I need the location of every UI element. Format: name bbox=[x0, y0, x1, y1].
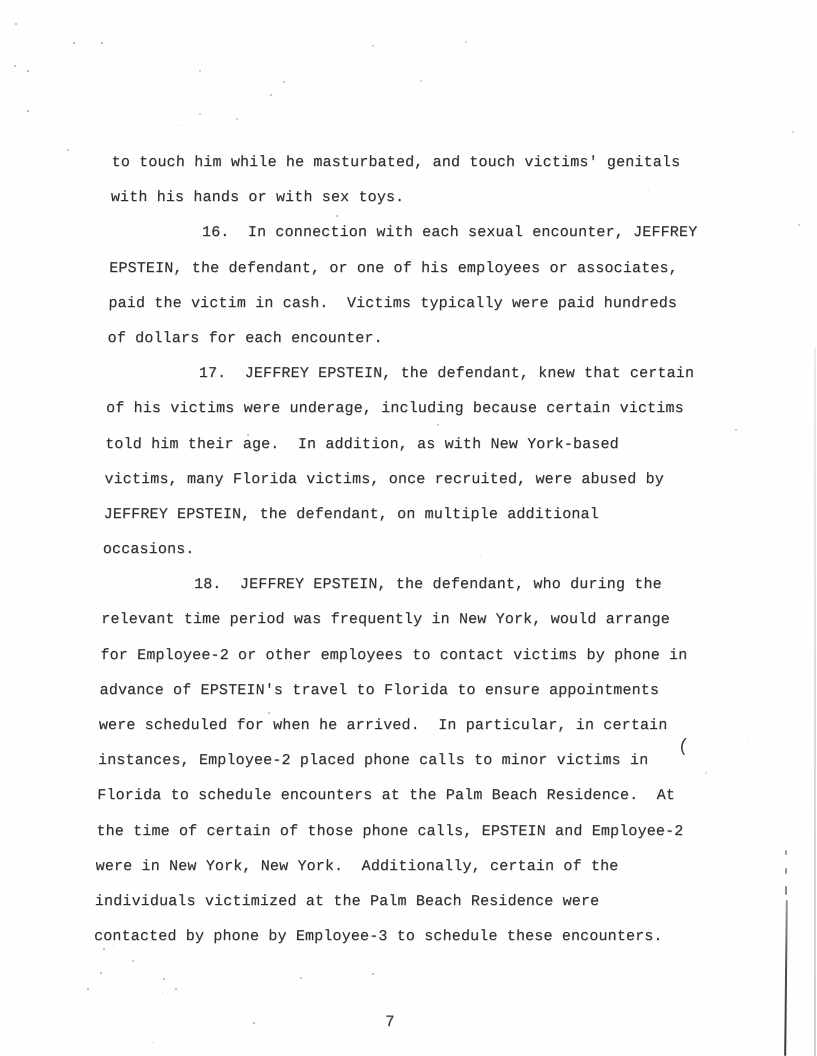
text-line: of his victims were underage, including … bbox=[106, 391, 747, 426]
noise-speck bbox=[372, 973, 374, 975]
noise-speck bbox=[113, 945, 114, 946]
scan-artifact-margin-line bbox=[784, 900, 788, 1056]
text-line: occasions. bbox=[102, 532, 743, 567]
scan-artifact-page-edge-line bbox=[814, 348, 816, 1056]
text-line: victims, many Florida victims, once recr… bbox=[104, 462, 745, 497]
text-line: 18. JEFFREY EPSTEIN, the defendant, who … bbox=[102, 567, 743, 602]
noise-speck bbox=[87, 988, 89, 990]
noise-speck bbox=[564, 227, 566, 229]
text-line: told him their age. In addition, as with… bbox=[105, 427, 746, 462]
noise-speck bbox=[100, 972, 102, 974]
noise-speck bbox=[648, 190, 649, 191]
page-number: 7 bbox=[385, 1013, 395, 1031]
noise-speck bbox=[705, 772, 707, 774]
noise-speck bbox=[283, 81, 285, 83]
noise-speck bbox=[14, 65, 16, 67]
noise-speck bbox=[236, 118, 238, 120]
noise-speck bbox=[162, 992, 163, 993]
noise-speck bbox=[247, 434, 249, 436]
noise-speck bbox=[178, 125, 179, 126]
text-line: contacted by phone by Employee-3 to sche… bbox=[94, 919, 735, 954]
text-line: EPSTEIN, the defendant, or one of his em… bbox=[109, 251, 750, 286]
noise-speck bbox=[798, 224, 800, 226]
scan-artifact-dash bbox=[785, 886, 787, 895]
noise-speck bbox=[103, 948, 105, 950]
text-line: of dollars for each encounter. bbox=[107, 321, 748, 356]
noise-speck bbox=[293, 122, 294, 123]
noise-speck bbox=[480, 555, 481, 556]
text-line: relevant time period was frequently in N… bbox=[101, 602, 742, 637]
text-line: JEFFREY EPSTEIN, the defendant, on multi… bbox=[103, 497, 744, 532]
noise-speck bbox=[642, 962, 643, 963]
text-line: 17. JEFFREY EPSTEIN, the defendant, knew… bbox=[106, 356, 747, 391]
text-line: were in New York, New York. Additionally… bbox=[95, 849, 736, 884]
noise-speck bbox=[27, 70, 29, 72]
noise-speck bbox=[73, 42, 75, 44]
text-line: Florida to schedule encounters at the Pa… bbox=[97, 778, 738, 813]
text-line: the time of certain of those phone calls… bbox=[96, 814, 737, 849]
text-line: 16. In connection with each sexual encou… bbox=[110, 215, 751, 250]
text-line: advance of EPSTEIN's travel to Florida t… bbox=[99, 673, 740, 708]
noise-speck bbox=[101, 42, 103, 44]
noise-speck bbox=[465, 41, 467, 43]
noise-speck bbox=[748, 737, 749, 738]
noise-speck bbox=[175, 988, 177, 990]
noise-speck bbox=[372, 45, 374, 47]
text-line: for Employee-2 or other employees to con… bbox=[100, 638, 741, 673]
text-line: were scheduled for when he arrived. In p… bbox=[98, 708, 739, 743]
noise-speck bbox=[437, 424, 439, 426]
noise-speck bbox=[15, 23, 17, 25]
text-line: paid the victim in cash. Victims typical… bbox=[108, 286, 749, 321]
noise-speck bbox=[735, 429, 737, 431]
text-line: to touch him while he masturbated, and t… bbox=[111, 145, 752, 180]
scan-artifact-paren-mark: ( bbox=[677, 736, 690, 757]
noise-speck bbox=[506, 133, 507, 134]
noise-speck bbox=[67, 149, 69, 151]
noise-speck bbox=[152, 1042, 153, 1043]
noise-speck bbox=[132, 960, 134, 962]
scan-artifact-dash bbox=[785, 850, 787, 855]
text-line: instances, Employee-2 placed phone calls… bbox=[98, 743, 739, 778]
noise-speck bbox=[336, 215, 338, 217]
noise-speck bbox=[420, 80, 422, 82]
noise-speck bbox=[270, 94, 272, 96]
noise-speck bbox=[268, 712, 270, 714]
noise-speck bbox=[792, 131, 794, 133]
noise-speck bbox=[668, 622, 669, 623]
noise-speck bbox=[199, 70, 201, 72]
noise-speck bbox=[199, 113, 201, 115]
document-page: to touch him while he masturbated, and t… bbox=[0, 0, 817, 1056]
noise-speck bbox=[27, 110, 29, 112]
noise-speck bbox=[163, 978, 165, 980]
body-text: to touch him while he masturbated, and t… bbox=[94, 145, 752, 954]
noise-speck bbox=[300, 977, 302, 979]
text-line: individuals victimized at the Palm Beach… bbox=[94, 884, 735, 919]
noise-speck bbox=[253, 1022, 255, 1024]
text-line: with his hands or with sex toys. bbox=[110, 180, 751, 215]
scan-artifact-dash bbox=[785, 868, 787, 874]
